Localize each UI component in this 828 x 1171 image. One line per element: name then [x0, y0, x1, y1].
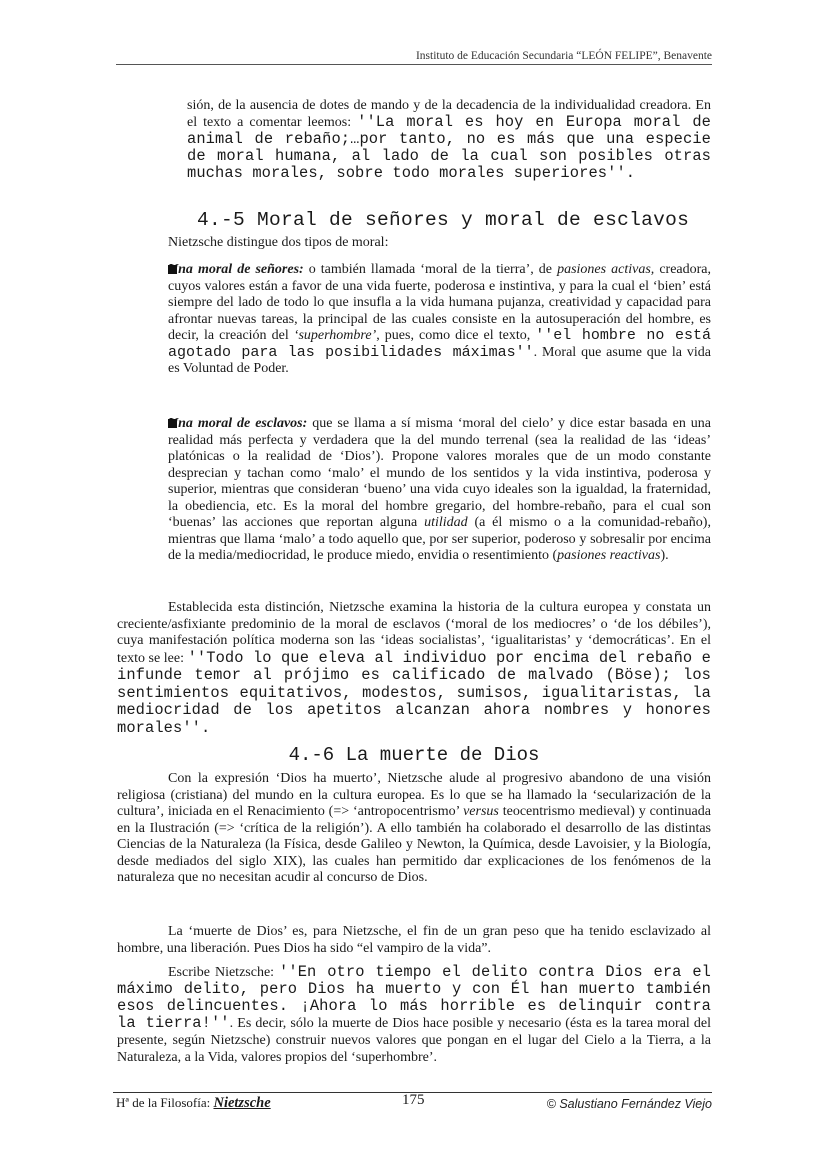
footer-author: © Salustiano Fernández Viejo: [547, 1097, 712, 1111]
term-label: Una moral de señores:: [168, 262, 304, 277]
list-item-body: Una moral de señores: o también llamada …: [168, 262, 711, 378]
closing-paragraph: Establecida esta distinción, Nietzsche e…: [117, 600, 711, 737]
running-header: Instituto de Educación Secundaria “LEÓN …: [416, 50, 712, 62]
paragraph-secularizacion: Con la expresión ‘Dios ha muerto’, Nietz…: [117, 771, 711, 887]
emphasis-text: ‘superhombre’: [294, 328, 376, 343]
body-text: o también llamada ‘moral de la tierra’, …: [304, 262, 557, 277]
section-lead: Nietzsche distingue dos tipos de moral:: [168, 235, 388, 252]
paragraph-liberacion: La ‘muerte de Dios’ es, para Nietzsche, …: [117, 924, 711, 957]
square-bullet-icon: [168, 265, 177, 274]
body-text: Escribe Nietzsche:: [168, 965, 279, 980]
body-text: que se llama a sí misma ‘moral del cielo…: [168, 416, 711, 530]
header-divider: [116, 64, 712, 65]
list-item-moral-esclavos: Una moral de esclavos: que se llama a sí…: [168, 416, 711, 565]
intro-paragraph: sión, de la ausencia de dotes de mando y…: [187, 97, 711, 182]
section-heading-4-5: 4.-5 Moral de señores y moral de esclavo…: [197, 209, 689, 231]
section-heading-4-6: 4.-6 La muerte de Dios: [0, 744, 828, 766]
square-bullet-icon: [168, 419, 177, 428]
emphasis-text: pasiones reactivas: [557, 548, 660, 563]
term-label: Una moral de esclavos:: [168, 416, 307, 431]
paragraph-escribe: Escribe Nietzsche: ''En otro tiempo el d…: [117, 964, 711, 1066]
footer-course: Hª de la Filosofía: Nietzsche: [116, 1095, 271, 1112]
body-text: , pues, como dice el texto,: [376, 328, 535, 343]
subject-title: Nietzsche: [213, 1095, 270, 1111]
list-item-moral-senores: Una moral de señores: o también llamada …: [168, 262, 711, 378]
course-label: Hª de la Filosofía:: [116, 1095, 213, 1110]
page-number: 175: [402, 1092, 425, 1109]
emphasis-text: pasiones activas,: [557, 262, 654, 277]
list-item-body: Una moral de esclavos: que se llama a sí…: [168, 416, 711, 565]
body-text: ).: [660, 548, 668, 563]
emphasis-text: versus: [463, 804, 499, 819]
emphasis-text: utilidad: [424, 515, 468, 530]
quote-text: ''Todo lo que eleva al individuo por enc…: [117, 649, 711, 737]
